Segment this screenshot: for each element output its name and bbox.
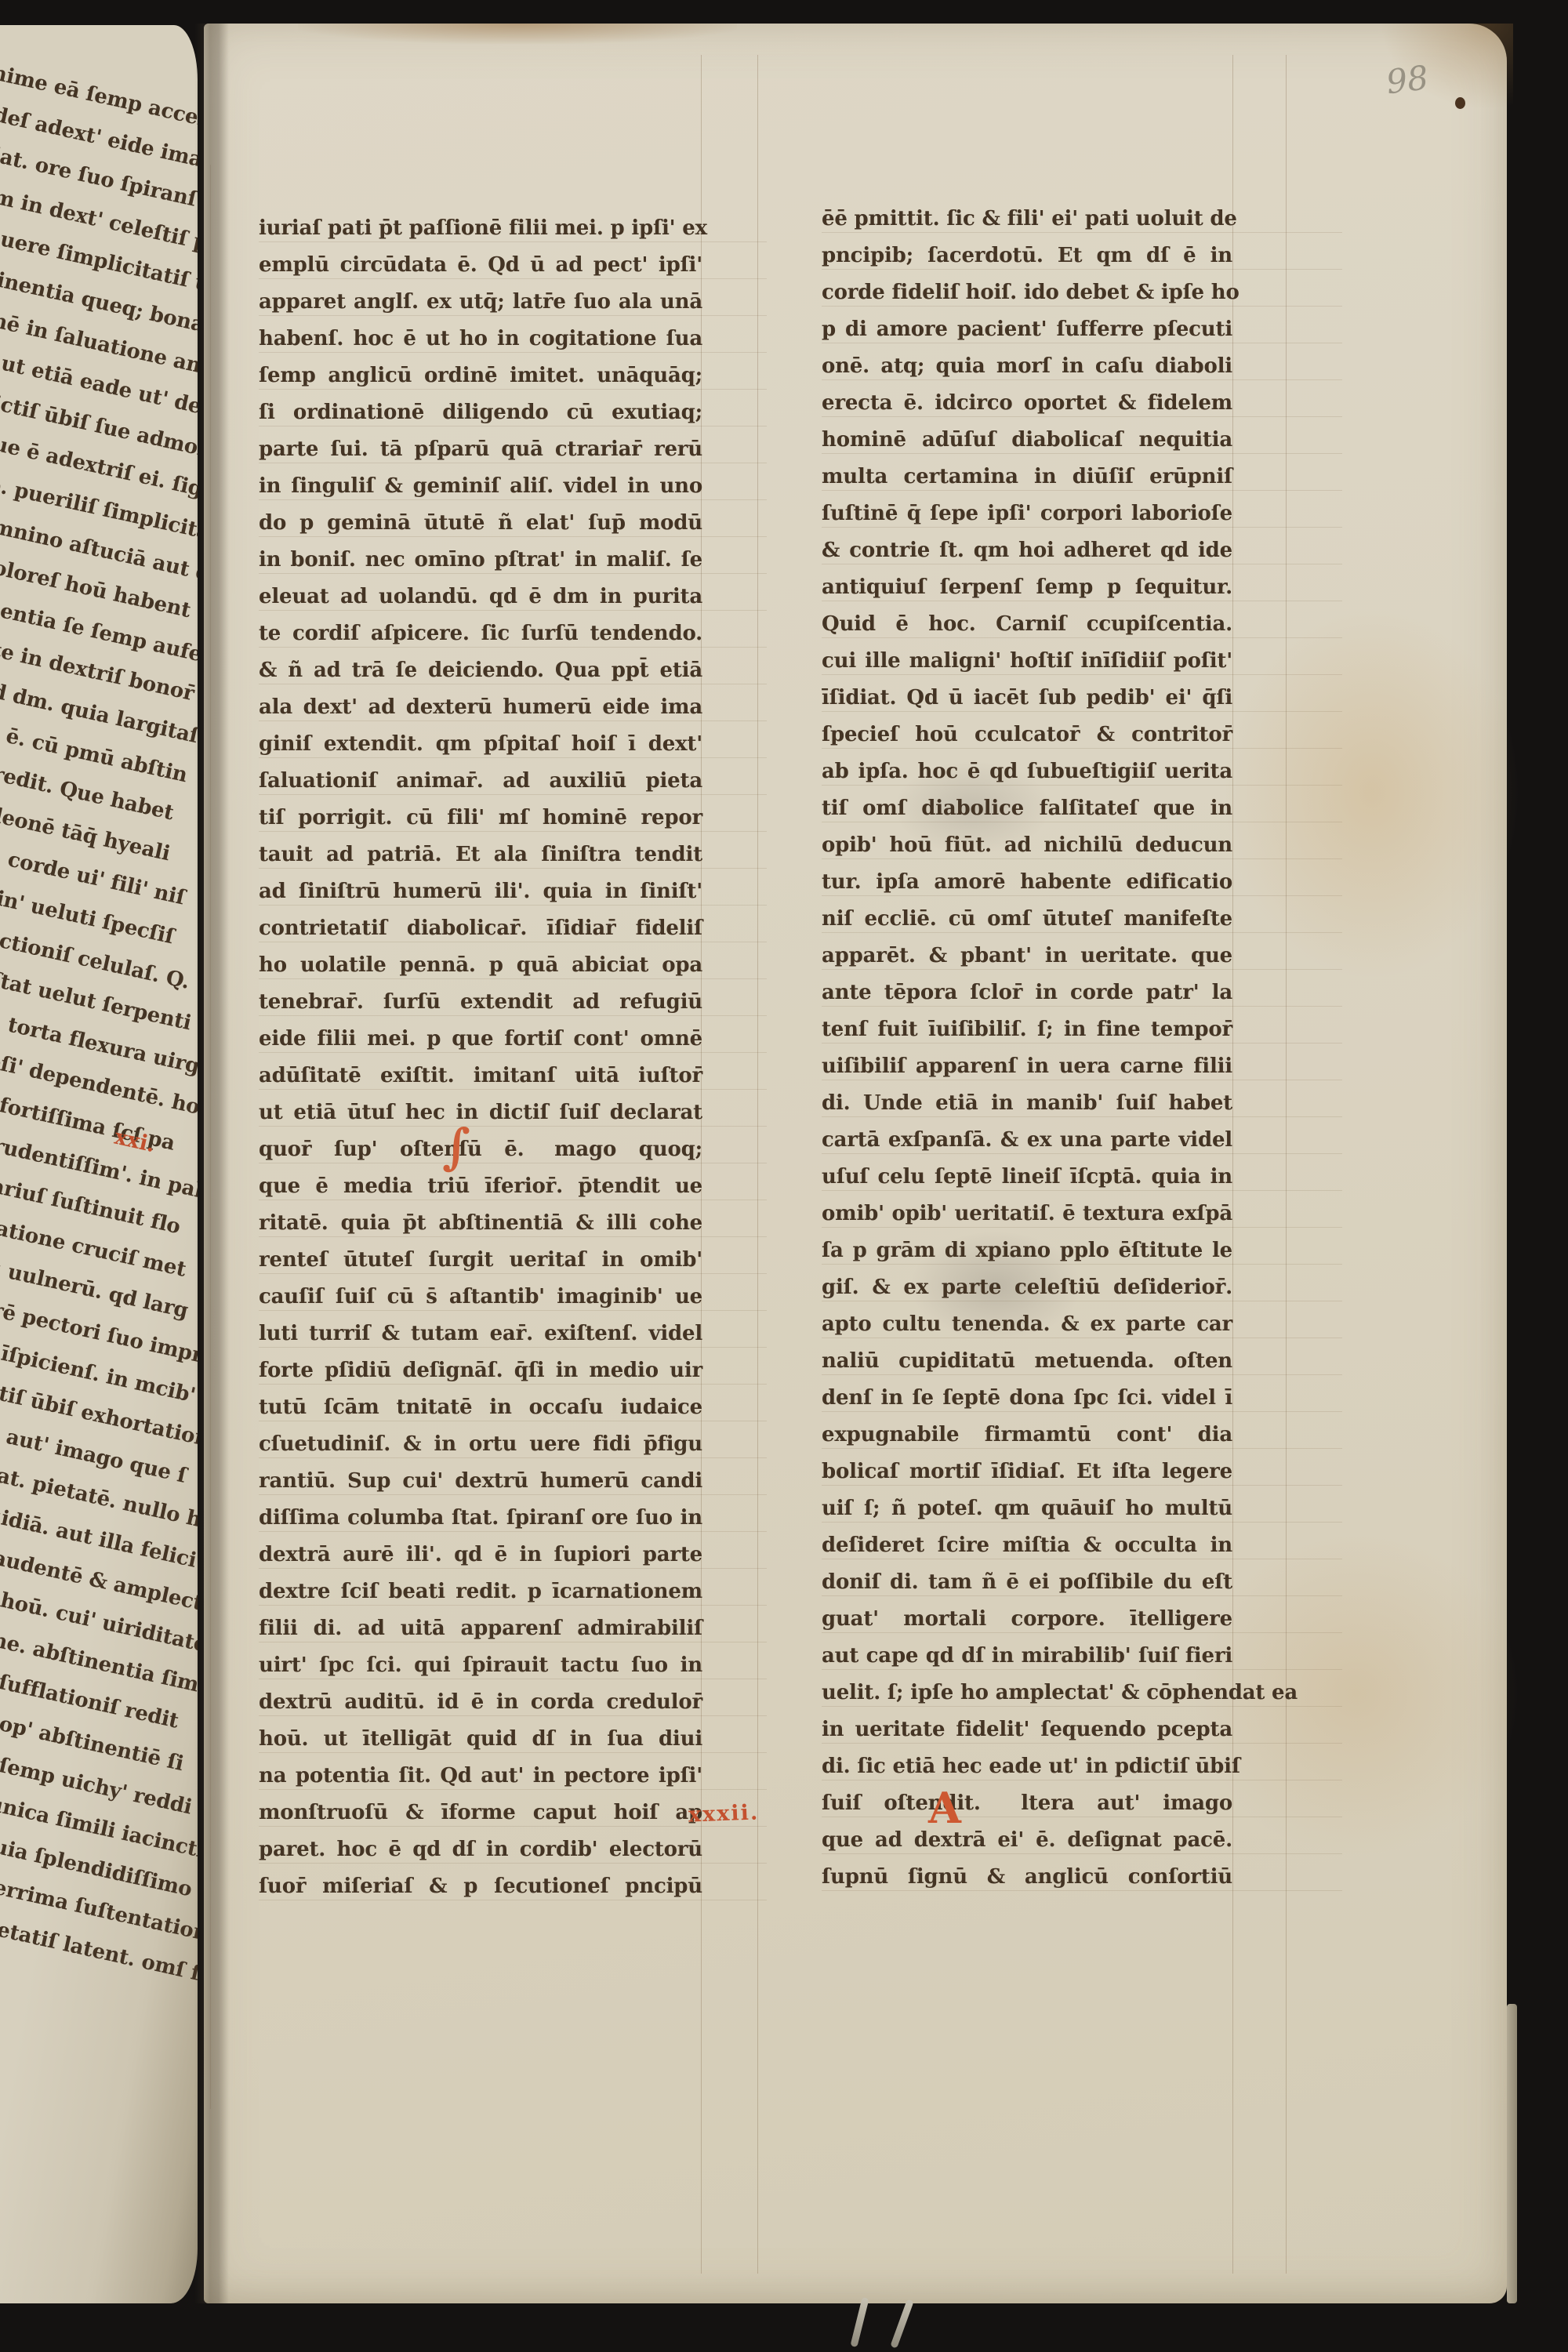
manuscript-line: denſ in ſe ſeptē dona ſpc ſci. videl ī [822,1380,1232,1417]
manuscript-line: ſi ordinationē diligendo cū exutiaq; [259,394,702,431]
manuscript-line: apparet anglſ. ex utq̄; latr̄e ſuo ala u… [259,284,702,321]
manuscript-line: antiquiuſ ſerpenſ ſemp p ſequitur. [822,569,1232,606]
manuscript-line: apto cultu tenenda. & ex parte car [822,1306,1232,1343]
manuscript-line: guat' mortali corpore. ītelligere [822,1601,1232,1638]
manuscript-line: filii di. ad uitā apparenſ admirabiliſ [259,1610,702,1647]
manuscript-line: eide filii mei. p que fortiſ cont' omnē [259,1021,702,1058]
manuscript-line: giniſ extendit. qm pſpitaſ hoiſ ī dext' [259,726,702,763]
manuscript-line: ſpecieſ hoū cculcator̄ & contritor̄ [822,717,1232,753]
manuscript-line: p di amore pacient' ſufferre pſecuti [822,311,1232,348]
manuscript-line: ala dext' ad dexterū humerū eide ima [259,689,702,726]
manuscript-line: ſemp anglicū ordinē imitet. unāquāq; [259,358,702,394]
manuscript-line: ad ſiniſtrū humerū ili'. quia in ſiniſt' [259,873,702,910]
manuscript-line: ritatē. quia p̄t abſtinentiā & illi cohe [259,1205,702,1242]
manuscript-line: multa certamina in diūſiſ erūpniſ [822,459,1232,495]
manuscript-line: bolicaſ mortiſ īſidiaſ. Et iſta legere [822,1454,1232,1490]
manuscript-line: ut etiā ūtuſ hec in dictiſ ſuiſ declarat [259,1094,702,1131]
manuscript-line: naliū cupiditatū metuenda. oſten [822,1343,1232,1380]
chapter-number-right-rubric: xxxii. [688,1800,759,1827]
manuscript-line: hominē adūſuſ diabolicaſ nequitia [822,422,1232,459]
manuscript-line: rantiū. Sup cui' dextrū humerū candi [259,1463,702,1500]
manuscript-line: ſaluationiſ animar̄. ad auxiliū pieta [259,763,702,800]
manuscript-line: adūſitatē exiſtit. imitanſ uitā iuſtor̄ [259,1058,702,1094]
manuscript-line: do p geminā ūtutē ñ elat' ſup̄ modū [259,505,702,542]
text-column-left: iuriaſ pati p̄t paſſionē filii mei. p ip… [259,210,702,1905]
chapter-initial-rubric: A [928,1783,961,1833]
manuscript-line: ēē pmittit. ſic & fili' ei' pati uoluit … [822,201,1232,238]
manuscript-line: in ueritate fidelit' ſequendo pcepta [822,1711,1232,1748]
manuscript-line: luti turriſ & tutam ear̄. exiſtenſ. vide… [259,1316,702,1352]
manuscript-line: di. ſic etiā hec eade ut' in pdictiſ ūbi… [822,1748,1232,1785]
manuscript-line: di. Unde etiā in manib' ſuiſ habet [822,1085,1232,1122]
manuscript-line: parte ſui. tā pſparū quā ctrariar̄ rerū [259,431,702,468]
manuscript-line: expugnabile firmamtū cont' dia [822,1417,1232,1454]
manuscript-line: uiſ ſ; ñ poteſ. qm quāuiſ ho multū [822,1490,1232,1527]
manuscript-line: ſuor̄ miſeriaſ & p ſecutioneſ pncipū [259,1868,702,1905]
manuscript-line: doniſ di. tam ñ ē ei poſſibile du eſt [822,1564,1232,1601]
manuscript-line: onē. atq; quia morſ in caſu diaboli [822,348,1232,385]
manuscript-line: apparēt. & pbant' in ueritate. que [822,938,1232,975]
manuscript-line: ante tēpora ſclor̄ in corde patr' la [822,975,1232,1011]
manuscript-line: cui ille maligni' hoſtiſ inīſidiiſ poſit… [822,643,1232,680]
manuscript-line: ho uolatile pennā. p quā abiciat opa [259,947,702,984]
manuscript-line: renteſ ūtuteſ ſurgit ueritaſ in omib' [259,1242,702,1279]
folio-number: 98 [1385,50,1498,102]
manuscript-line: tiſ porrigit. cū fili' mſ hominē repor [259,800,702,837]
manuscript-line: tenſ fuit īuiſibiliſ. ſ; in fine tempor̄ [822,1011,1232,1048]
manuscript-line: giſ. & ex parte celeſtiū deſiderior̄. [822,1269,1232,1306]
manuscript-line: tauit ad patriā. Et ala ſiniſtra tendit [259,837,702,873]
manuscript-line: in boniſ. nec omīno pſtrat' in maliſ. ſe [259,542,702,579]
manuscript-line: & contrie ſt. qm hoi adheret qd ide [822,532,1232,569]
manuscript-line: forte pſidiū deſignāſ. q̄ſi in medio uir [259,1352,702,1389]
manuscript-line: aut cape qd dſ in mirabilib' ſuiſ fieri [822,1638,1232,1675]
manuscript-line: erecta ē. idcirco oportet & fidelem [822,385,1232,422]
manuscript-line: opib' hoū fiūt. ad nichilū deducun [822,827,1232,864]
manuscript-line: ſa p grām di xpiano pplo ēſtitute le [822,1232,1232,1269]
manuscript-line: monſtruoſū & īforme caput hoiſ ap [259,1795,702,1831]
manuscript-line: ſupnū ſignū & anglicū conſortiū [822,1859,1232,1896]
ink-speck [1455,97,1465,109]
manuscript-line: quor̄ ſup' oſtenſū ē. mago quoq; [259,1131,702,1168]
manuscript-line: diſſima columba ſtat. ſpiranſ ore ſuo in [259,1500,702,1537]
manuscript-line: cartā exſpanſā. & ex una parte videl [822,1122,1232,1159]
paragraph-initial-rubric: ∫ [442,1118,470,1175]
manuscript-line: dextrā aurē ili'. qd ē in ſupiori parte [259,1537,702,1573]
binding-thread [850,2297,869,2347]
manuscript-line: ab ipſa. hoc ē qd ſubueſtigiiſ uerita [822,753,1232,790]
manuscript-line: tenebrar̄. ſurſū extendit ad refugiū [259,984,702,1021]
manuscript-line: paret. hoc ē qd dſ in cordib' electorū [259,1831,702,1868]
manuscript-line: te cordiſ aſpicere. ſic ſurſū tendendo. [259,615,702,652]
manuscript-line: uſuſ celu ſeptē lineiſ īſcptā. quia in [822,1159,1232,1196]
manuscript-line: habenſ. hoc ē ut ho in cogitatione ſua [259,321,702,358]
manuscript-line: dextre ſciſ beati redit. p īcarnationem [259,1573,702,1610]
manuscript-line: hoū. ut ītelligāt quid dſ in ſua diui [259,1721,702,1758]
manuscript-photo: anime eā ſemp accendudeſ adext' eide ima… [0,0,1568,2352]
stain [298,24,737,44]
manuscript-line: in ſinguliſ & geminiſ aliſ. videl in uno [259,468,702,505]
manuscript-line: tiſ omſ diabolice falſitateſ que in [822,790,1232,827]
manuscript-line: ſuiſ oſtendit. ltera aut' imago [822,1785,1232,1822]
manuscript-line: uelit. ſ; ipſe ho amplectat' & cōphendat… [822,1675,1232,1711]
ruling-line [1286,55,1287,2274]
manuscript-line: dextrū auditū. id ē in corda credulor̄ [259,1684,702,1721]
manuscript-line: & ñ ad trā ſe deiciendo. Qua ppt̄ etiā [259,652,702,689]
manuscript-line: emplū circūdata ē. Qd ū ad pect' ipſi' [259,247,702,284]
ruling-line [1232,55,1233,2274]
binding-thread [890,2299,913,2348]
manuscript-line: deſideret ſcire miſtia & occulta in [822,1527,1232,1564]
manuscript-line: iuriaſ pati p̄t paſſionē filii mei. p ip… [259,210,702,247]
manuscript-line: omib' opib' ueritatiſ. ē textura exſpā [822,1196,1232,1232]
manuscript-line: eleuat ad uolandū. qd ē dm in purita [259,579,702,615]
page-stack-edge [1507,2004,1517,2303]
manuscript-line: pncipib; ſacerdotū. Et qm dſ ē in [822,238,1232,274]
ruling-line [757,55,758,2274]
manuscript-line: uirt' ſpc ſci. qui ſpirauit tactu ſuo in [259,1647,702,1684]
manuscript-line: tutū ſcām tnitatē in occaſu iudaice [259,1389,702,1426]
manuscript-line: cauſiſ ſuiſ cū s̄ aſtantib' imaginib' ue [259,1279,702,1316]
manuscript-line: contrietatiſ diabolicar̄. īſidiar̄ fidel… [259,910,702,947]
text-column-right: ēē pmittit. ſic & fili' ei' pati uoluit … [822,201,1232,1896]
manuscript-line: tur. ipſa amorē habente edificatio [822,864,1232,901]
manuscript-line: uiſibiliſ apparenſ in uera carne filii [822,1048,1232,1085]
facing-page-edge: anime eā ſemp accendudeſ adext' eide ima… [0,25,198,2303]
stain [1223,604,1521,980]
manuscript-line: īſidiat. Qd ū iacēt ſub pedib' ei' q̄ſi [822,680,1232,717]
manuscript-page: 98 iuriaſ pati p̄t paſſionē filii mei. p… [204,24,1507,2303]
manuscript-line: Quid ē hoc. Carniſ ccupiſcentia. [822,606,1232,643]
manuscript-line: ſuſtinē q̄ ſepe ipſi' corpori laborioſe [822,495,1232,532]
manuscript-line: cſuetudiniſ. & in ortu uere fidi p̄figu [259,1426,702,1463]
manuscript-line: que ad dextrā ei' ē. deſignat pacē. [822,1822,1232,1859]
manuscript-line: niſ eccliē. cū omſ ūtuteſ manifeſte [822,901,1232,938]
binding-gutter-shadow [194,24,229,2303]
manuscript-line: na potentia ſit. Qd aut' in pectore ipſi… [259,1758,702,1795]
manuscript-line: que ē media triū īferior̄. p̄tendit ue [259,1168,702,1205]
manuscript-line: corde fideliſ hoiſ. ido debet & ipſe ho [822,274,1232,311]
